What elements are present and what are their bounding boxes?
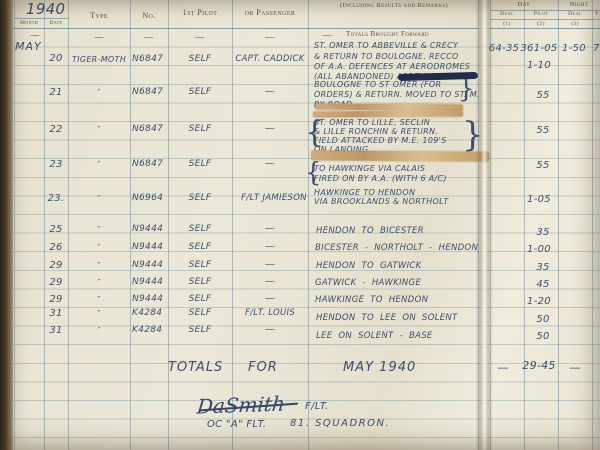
column-line-page-left: [14, 0, 15, 450]
totals-word: TOTALS: [168, 360, 223, 375]
handwritten-brace: {: [305, 118, 324, 148]
type-column-header: Type: [68, 11, 130, 20]
entry-passenger-dash: —: [232, 123, 308, 134]
remarks-line: BICESTER - NORTHOLT - HENDON: [315, 243, 478, 253]
entry-type-ditto: ″: [68, 309, 130, 318]
remarks-line: LEE ON SOLENT - BASE: [316, 331, 433, 341]
entry-pilot: SELF: [168, 193, 232, 203]
entry-type-ditto: ″: [68, 261, 130, 270]
entry-type-ditto: ″: [68, 225, 130, 234]
entry-date: 20: [44, 53, 68, 64]
entry-passenger-dash: —: [232, 86, 308, 97]
bf-night-pilot-value: 7: [593, 43, 600, 54]
remarks-line: OF A.A. DEFENCES AT AERODROMES: [314, 62, 470, 71]
column-line-passenger-right: [308, 0, 309, 450]
totals-word: FOR: [248, 360, 278, 375]
entry-aircraft-no: N9444: [132, 294, 163, 304]
entry-aircraft-no: N9444: [132, 242, 163, 252]
day-pilot-hours: 35: [526, 227, 560, 238]
day-pilot-hours: 1-00: [522, 244, 556, 255]
bf-dash-pilot: —: [185, 32, 215, 43]
signature-rank: F/LT.: [305, 401, 329, 412]
entry-pilot: SELF: [168, 87, 232, 97]
bf-dash-no: —: [134, 32, 164, 43]
bf-night-dual-value: 1-50: [558, 43, 590, 54]
entry-date: 29: [44, 294, 68, 305]
day-pilot-hours: 55: [526, 90, 560, 101]
remarks-line: HAWKINGE TO HENDON: [315, 295, 428, 305]
bf-dash-passenger: —: [255, 32, 285, 43]
entry-pilot: SELF: [168, 308, 232, 318]
column-line-night-dual-right: [592, 0, 593, 450]
remarks-line: ORDERS) & RETURN. MOVED TO ST. M.: [314, 90, 480, 99]
day-pilot-hours: 55: [526, 125, 560, 136]
night-pilot-header: P: [592, 11, 600, 17]
remarks-line: & LILLE RONCHIN & RETURN.: [314, 127, 438, 136]
entry-passenger: F/LT JAMIESON: [234, 193, 314, 203]
entry-aircraft-no: K4284: [132, 325, 162, 335]
entry-passenger: CAPT. CADDICK: [232, 54, 308, 64]
totals-day-pilot: 29-45: [520, 359, 558, 372]
remarks-line: FIELD ATTACKED BY M.E. 109'S: [314, 136, 446, 145]
column-line-day-pilot-right: [558, 0, 559, 450]
entry-pilot: SELF: [168, 325, 232, 335]
censor-tape: [315, 104, 463, 111]
entry-aircraft-no: N6964: [132, 193, 163, 203]
day-pilot-hours: 55: [526, 160, 560, 171]
day-pilot-hours: 1-05: [522, 194, 556, 205]
entry-date: 25: [44, 224, 68, 235]
column-ref-1: (1): [490, 21, 524, 27]
remarks-line: HENDON TO GATWICK: [316, 261, 422, 271]
totals-brought-forward-label: Totals Brought Forward: [346, 30, 429, 38]
entry-date: 29: [44, 277, 68, 288]
entry-pilot: SELF: [168, 242, 232, 252]
entry-date: 23.: [44, 193, 68, 204]
remarks-line: FIRED ON BY A.A. (WITH 6 A/C): [314, 174, 447, 183]
remarks-line: HENDON TO LEE ON SOLENT: [316, 313, 458, 323]
day-pilot-header: Pilot: [524, 11, 558, 17]
entry-date: 29: [44, 260, 68, 271]
remarks-line: VIA BROOKLANDS & NORTHOLT: [314, 197, 449, 206]
day-pilot-hours: 35: [526, 262, 560, 273]
entry-pilot: SELF: [168, 260, 232, 270]
censor-tape: [313, 110, 463, 117]
handwritten-brace: }: [458, 76, 475, 102]
entry-pilot: SELF: [168, 294, 232, 304]
remarks-line: TO HAWKINGE VIA CALAIS: [314, 164, 425, 173]
dual-pilot-underline: [490, 19, 600, 20]
day-section-header: Day: [490, 1, 558, 8]
entry-passenger-dash: —: [232, 259, 308, 270]
entry-date: 21: [44, 87, 68, 98]
book-spine-edge: [0, 0, 13, 450]
entry-passenger: F/LT. LOUIS: [232, 308, 308, 318]
day-pilot-hours: 45: [526, 279, 560, 290]
header-bottom-line-left: [13, 28, 478, 29]
totals-period: MAY 1940: [343, 360, 416, 375]
remarks-line: ST. OMER TO LILLE, SECLIN: [314, 118, 430, 127]
handwritten-brace: {: [305, 160, 322, 186]
entry-type-ditto: ″: [68, 326, 130, 335]
entry-aircraft-no: K4284: [132, 308, 162, 318]
year-handwritten: 1940: [26, 0, 65, 18]
entry-aircraft-no: N6847: [132, 87, 163, 97]
entry-aircraft-no: N6847: [132, 54, 163, 64]
entry-pilot: SELF: [168, 54, 232, 64]
month-value: MAY: [15, 40, 42, 53]
entry-date: 31: [44, 308, 68, 319]
entry-date: 22: [44, 124, 68, 135]
remarks-line: & RETURN TO BOULOGNE. RECCO: [314, 52, 459, 61]
signature-unit-left: OC "A" FLT.: [207, 419, 266, 430]
entry-type: TIGER-MOTH: [68, 55, 130, 64]
day-pilot-hours: 1-20: [522, 296, 556, 307]
day-dual-header: Dual: [490, 11, 524, 17]
entry-type-ditto: ″: [68, 295, 130, 304]
logbook-photo: 1940 Month Date Type No. 1st Pilot or Pa…: [0, 0, 600, 450]
remarks-column-header: (Including Results and Remarks): [310, 2, 478, 9]
entry-type-ditto: ″: [68, 278, 130, 287]
signature-unit-right: 81. SQUADRON.: [290, 418, 390, 429]
no-column-header: No.: [130, 11, 168, 20]
entry-type-ditto: ″: [68, 243, 130, 252]
remarks-line: ST. OMER TO ABBEVILLE & CRECY: [314, 41, 458, 50]
year-box-line: [14, 18, 68, 19]
page-gutter: [475, 0, 493, 450]
entry-passenger-dash: —: [232, 276, 308, 287]
totals-dash-right: —: [560, 361, 590, 374]
entry-passenger-dash: —: [232, 241, 308, 252]
date-column-label: Date: [45, 20, 67, 26]
first-pilot-column-header: 1st Pilot: [168, 8, 232, 17]
entry-aircraft-no: N9444: [132, 260, 163, 270]
header-bottom-line-right: [490, 28, 600, 29]
entry-aircraft-no: N6847: [132, 159, 163, 169]
entry-pilot: SELF: [168, 277, 232, 287]
entry-date: 23: [44, 159, 68, 170]
bf-dash-remarks: —: [322, 30, 332, 41]
remarks-line: BOULOGNE TO ST OMER (FOR: [314, 80, 441, 89]
entry-type-ditto: ″: [68, 88, 130, 97]
column-line-type-right: [130, 0, 131, 450]
entry-date: 26: [44, 242, 68, 253]
bf-dash-type: —: [84, 32, 114, 43]
entry-pilot: SELF: [168, 159, 232, 169]
month-column-label: Month: [15, 20, 43, 26]
column-ref-3: (3): [558, 21, 592, 27]
entry-passenger-dash: —: [232, 223, 308, 234]
entry-type-ditto: ″: [68, 125, 130, 134]
entry-passenger-dash: —: [232, 158, 308, 169]
day-pilot-hours: 1-10: [522, 60, 556, 71]
censor-tape: [311, 150, 489, 161]
night-section-header: Night: [558, 1, 600, 8]
entry-passenger-dash: —: [232, 324, 308, 335]
entry-aircraft-no: N9444: [132, 224, 163, 234]
entry-pilot: SELF: [168, 124, 232, 134]
entry-pilot: SELF: [168, 224, 232, 234]
day-pilot-hours: 50: [526, 314, 560, 325]
entry-type-ditto: ″: [68, 160, 130, 169]
remarks-line: GATWICK - HAWKINGE: [315, 278, 421, 288]
remarks-line: HENDON TO BICESTER: [316, 226, 424, 236]
entry-passenger-dash: —: [232, 293, 308, 304]
entry-aircraft-no: N6847: [132, 124, 163, 134]
remarks-line: HAWKINGE TO HENDON: [314, 188, 415, 197]
entry-type-ditto: ″: [68, 194, 130, 203]
entry-date: 31: [44, 325, 68, 336]
entry-aircraft-no: N9444: [132, 277, 163, 287]
day-pilot-hours: 50: [526, 331, 560, 342]
bf-day-pilot-value: 361-05: [520, 43, 558, 54]
passenger-column-header: or Passenger: [232, 8, 308, 17]
night-dual-header: Dual: [558, 11, 592, 17]
column-ref-2: (2): [524, 21, 558, 27]
